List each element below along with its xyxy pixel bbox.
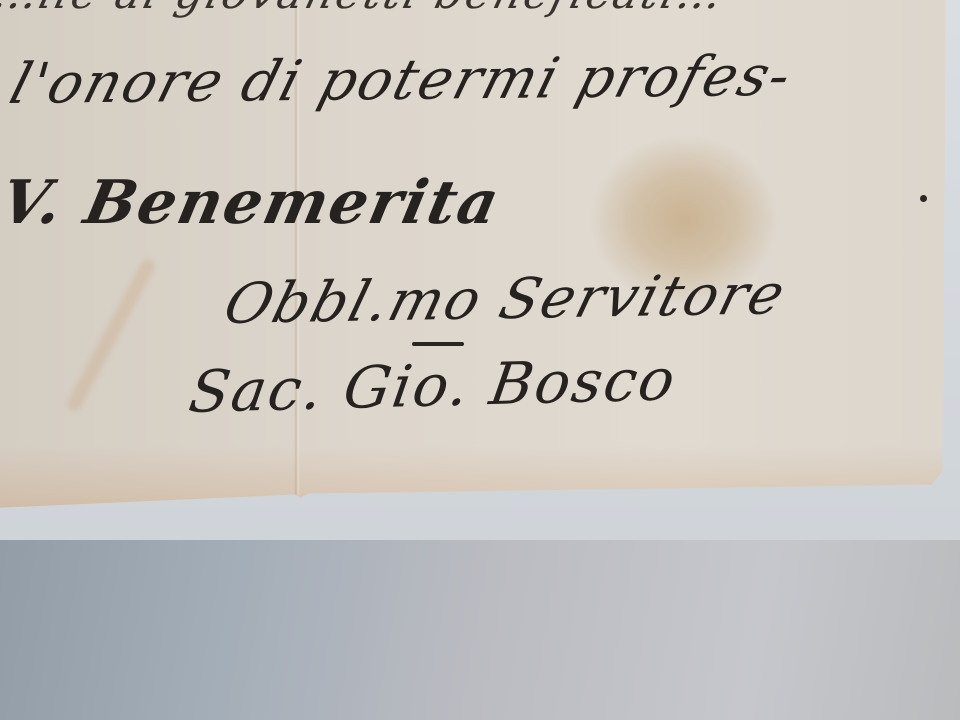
letter-line-body: l'onore di potermi profes- (3, 44, 800, 117)
letter-signature: Sac. Gio. Bosco (185, 345, 681, 426)
ink-spot (920, 195, 927, 202)
letter-closing: Obbl.mo Servitore (217, 262, 793, 337)
letter-line-salutation: V. Benemerita (0, 168, 507, 238)
letter-line-cropped: …ile ai giovanetti beneficati… (0, 0, 730, 19)
letter-paper: …ile ai giovanetti beneficati… l'onore d… (0, 0, 946, 508)
abbreviation-underline (412, 342, 464, 346)
foxing-stain (65, 257, 157, 414)
